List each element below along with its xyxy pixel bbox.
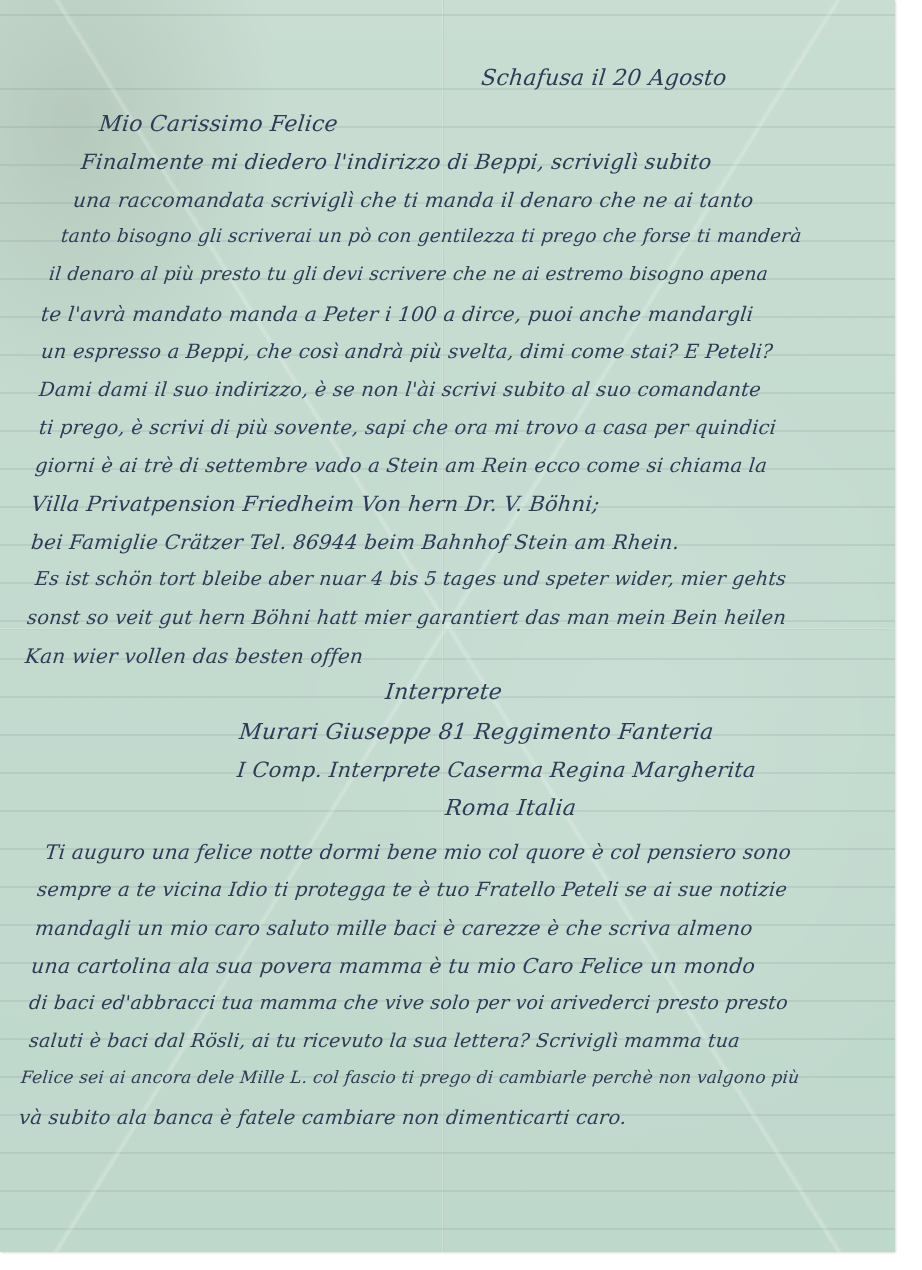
address-line-3: Roma Italia (444, 796, 577, 821)
body-line: tanto bisogno gli scriverai un pò con ge… (60, 226, 803, 247)
address-line-1: Murari Giuseppe 81 Reggimento Fanteria (238, 720, 715, 745)
body-line: Finalmente mi diedero l'indirizzo di Bep… (80, 150, 713, 174)
german-line: Kan wier vollen das besten offen (24, 644, 364, 668)
body-line: ti prego, è scrivi di più sovente, sapi … (38, 416, 777, 439)
closing-line: Ti auguro una felice notte dormi bene mi… (44, 840, 792, 864)
letter-page: Schafusa il 20 Agosto Mio Carissimo Feli… (0, 0, 895, 1252)
closing-line: sempre a te vicina Idio ti protegga te è… (36, 878, 788, 901)
closing-line: una cartolina ala sua povera mamma è tu … (30, 954, 756, 978)
closing-line: saluti è baci dal Rösli, ai tu ricevuto … (28, 1030, 741, 1052)
closing-line: mandagli un mio caro saluto mille baci è… (34, 916, 754, 940)
german-line: Es ist schön tort bleibe aber nuar 4 bis… (34, 568, 787, 590)
place-date: Schafusa il 20 Agosto (480, 66, 728, 91)
body-line: Villa Privatpension Friedheim Von hern D… (30, 492, 601, 516)
body-line: bei Famiglie Crätzer Tel. 86944 beim Bah… (30, 530, 681, 554)
body-line: giorni è ai trè di settembre vado a Stei… (34, 454, 768, 477)
closing-line: và subito ala banca è fatele cambiare no… (18, 1106, 628, 1129)
body-line: un espresso a Beppi, che così andrà più … (40, 340, 774, 363)
body-line: una raccomandata scriviglì che ti manda … (72, 188, 755, 212)
salutation: Mio Carissimo Felice (98, 112, 339, 137)
body-line: il denaro al più presto tu gli devi scri… (48, 264, 769, 285)
address-title: Interprete (384, 680, 503, 705)
body-line: Dami dami il suo indirizzo, è se non l'à… (38, 378, 762, 401)
german-line: sonst so veit gut hern Böhni hatt mier g… (26, 606, 787, 629)
body-line: te l'avrà mandato manda a Peter i 100 a … (40, 302, 755, 326)
closing-line: di baci ed'abbracci tua mamma che vive s… (28, 992, 789, 1014)
address-line-2: I Comp. Interprete Caserma Regina Marghe… (236, 758, 757, 782)
closing-line: Felice sei ai ancora dele Mille L. col f… (20, 1068, 800, 1088)
